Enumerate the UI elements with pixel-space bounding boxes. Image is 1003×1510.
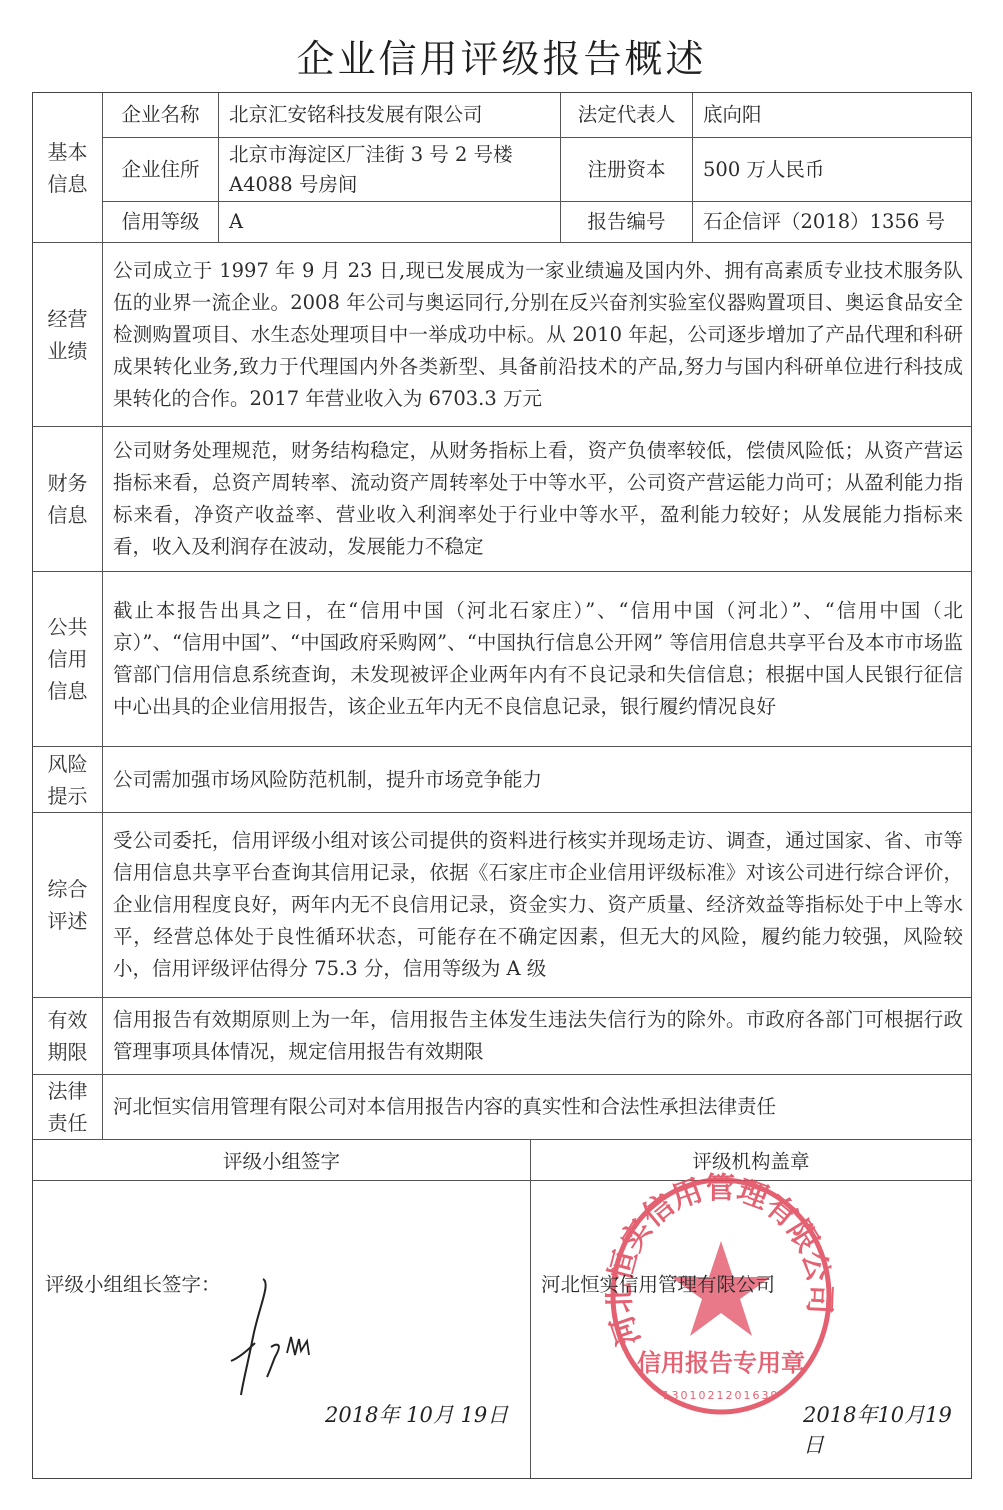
field-label: 企业住所 bbox=[103, 138, 219, 201]
report-table: 基本信息 企业名称 北京汇安铭科技发展有限公司 法定代表人 底向阳 企业住所 北… bbox=[32, 92, 972, 1479]
company-name-value: 北京汇安铭科技发展有限公司 bbox=[219, 93, 561, 137]
svg-text:1301021201639: 1301021201639 bbox=[663, 1389, 780, 1402]
section-label: 有效期限 bbox=[33, 998, 103, 1074]
section-label: 经营业绩 bbox=[33, 243, 103, 426]
page-title: 企业信用评级报告概述 bbox=[0, 28, 1003, 83]
section-text: 公司成立于 1997 年 9 月 23 日,现已发展成为一家业绩遍及国内外、拥有… bbox=[103, 243, 971, 426]
section-business-performance: 经营业绩 公司成立于 1997 年 9 月 23 日,现已发展成为一家业绩遍及国… bbox=[33, 242, 971, 426]
signature-body-row: 评级小组组长签字： 2018年 10月 19日 河北恒实信用管理有限公司 信用报… bbox=[33, 1180, 971, 1478]
basic-row: 信用等级 A 报告编号 石企信评（2018）1356 号 bbox=[103, 201, 971, 242]
section-public-credit: 公共信用信息 截止本报告出具之日，在“信用中国（河北石家庄）”、“信用中国（河北… bbox=[33, 571, 971, 746]
address-value: 北京市海淀区厂洼街 3 号 2 号楼 A4088 号房间 bbox=[219, 138, 561, 201]
section-text: 信用报告有效期原则上为一年，信用报告主体发生违法失信行为的除外。市政府各部门可根… bbox=[103, 998, 971, 1074]
field-label: 企业名称 bbox=[103, 93, 219, 137]
section-summary: 综合评述 受公司委托，信用评级小组对该公司提供的资料进行核实并现场走访、调查，通… bbox=[33, 812, 971, 997]
report-number-value: 石企信评（2018）1356 号 bbox=[693, 202, 971, 242]
section-financial-info: 财务信息 公司财务处理规范，财务结构稳定，从财务指标上看，资产负债率较低，偿债风… bbox=[33, 426, 971, 571]
basic-row: 企业名称 北京汇安铭科技发展有限公司 法定代表人 底向阳 bbox=[103, 93, 971, 137]
field-label: 法定代表人 bbox=[561, 93, 693, 137]
field-label: 报告编号 bbox=[561, 202, 693, 242]
section-label: 公共信用信息 bbox=[33, 572, 103, 746]
section-validity: 有效期限 信用报告有效期原则上为一年，信用报告主体发生违法失信行为的除外。市政府… bbox=[33, 997, 971, 1074]
field-label: 信用等级 bbox=[103, 202, 219, 242]
rating-team-signature-header: 评级小组签字 bbox=[33, 1140, 531, 1180]
section-label: 财务信息 bbox=[33, 427, 103, 571]
team-signature-cell: 评级小组组长签字： 2018年 10月 19日 bbox=[33, 1181, 531, 1478]
section-legal-liability: 法律责任 河北恒实信用管理有限公司对本信用报告内容的真实性和合法性承担法律责任 bbox=[33, 1074, 971, 1139]
team-signature-date: 2018年 10月 19日 bbox=[325, 1399, 508, 1429]
section-label: 风险提示 bbox=[33, 747, 103, 812]
basic-row: 企业住所 北京市海淀区厂洼街 3 号 2 号楼 A4088 号房间 注册资本 5… bbox=[103, 137, 971, 201]
section-text: 公司需加强市场风险防范机制，提升市场竞争能力 bbox=[103, 747, 971, 812]
field-label: 注册资本 bbox=[561, 138, 693, 201]
basic-info-section: 基本信息 企业名称 北京汇安铭科技发展有限公司 法定代表人 底向阳 企业住所 北… bbox=[33, 93, 971, 242]
section-risk-notice: 风险提示 公司需加强市场风险防范机制，提升市场竞争能力 bbox=[33, 746, 971, 812]
section-text: 公司财务处理规范，财务结构稳定，从财务指标上看，资产负债率较低，偿债风险低；从资… bbox=[103, 427, 971, 571]
svg-text:信用报告专用章: 信用报告专用章 bbox=[637, 1349, 805, 1377]
section-text: 截止本报告出具之日，在“信用中国（河北石家庄）”、“信用中国（河北）”、“信用中… bbox=[103, 572, 971, 746]
section-label: 综合评述 bbox=[33, 813, 103, 997]
credit-grade-value: A bbox=[219, 202, 561, 242]
section-text: 河北恒实信用管理有限公司对本信用报告内容的真实性和合法性承担法律责任 bbox=[103, 1075, 971, 1139]
section-label: 法律责任 bbox=[33, 1075, 103, 1139]
agency-name: 河北恒实信用管理有限公司 bbox=[541, 1269, 775, 1297]
agency-seal-cell: 河北恒实信用管理有限公司 信用报告专用章 1301021201639 河北恒实信… bbox=[531, 1181, 971, 1478]
handwritten-signature-icon bbox=[183, 1277, 333, 1397]
legal-rep-value: 底向阳 bbox=[693, 93, 971, 137]
section-label: 基本信息 bbox=[33, 93, 103, 242]
section-text: 受公司委托，信用评级小组对该公司提供的资料进行核实并现场走访、调查，通过国家、省… bbox=[103, 813, 971, 997]
registered-capital-value: 500 万人民币 bbox=[693, 138, 971, 201]
